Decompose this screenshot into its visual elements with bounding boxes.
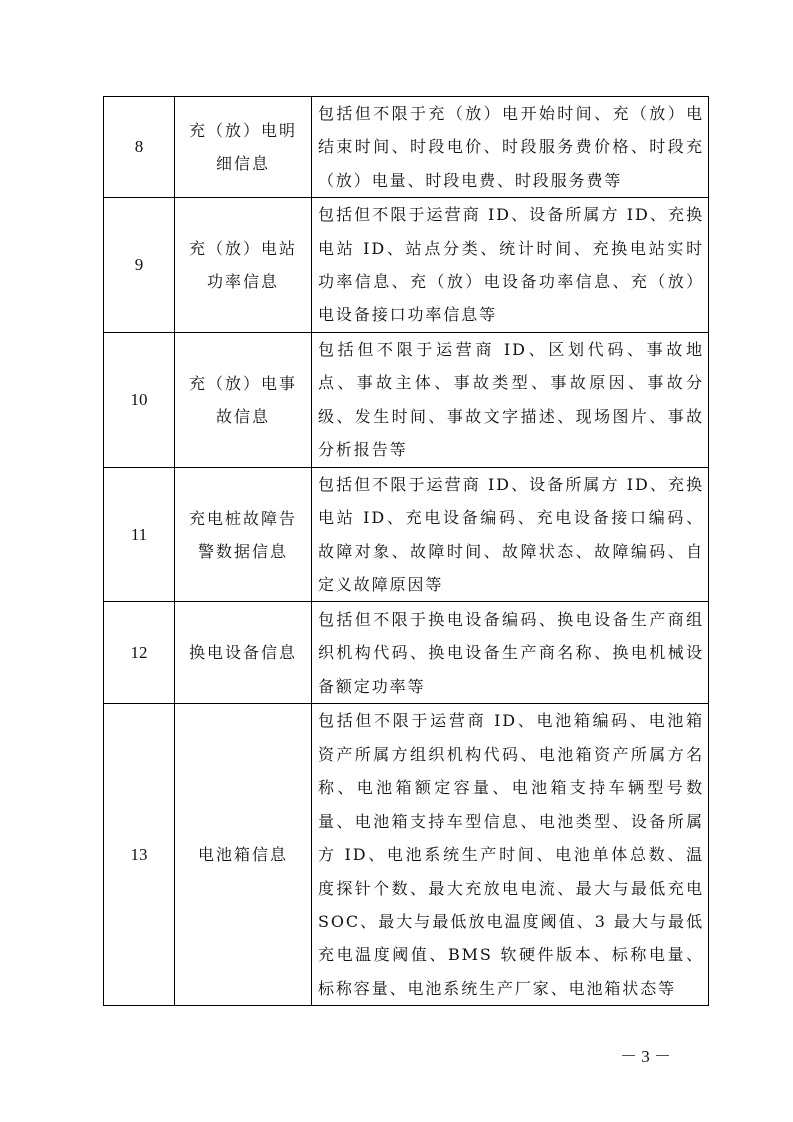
table-row: 9 充（放）电站功率信息 包括但不限于运营商 ID、设备所属方 ID、充换电站 … xyxy=(104,198,709,333)
data-items-table: 8 充（放）电明细信息 包括但不限于充（放）电开始时间、充（放）电结束时间、时段… xyxy=(103,96,709,1006)
page-number: － 3 － xyxy=(620,1042,671,1067)
item-description: 包括但不限于运营商 ID、设备所属方 ID、充换电站 ID、充电设备编码、充电设… xyxy=(312,467,709,602)
row-number: 8 xyxy=(104,97,175,198)
row-number: 10 xyxy=(104,332,175,467)
row-number: 9 xyxy=(104,198,175,333)
item-name: 换电设备信息 xyxy=(175,602,312,704)
table-row: 8 充（放）电明细信息 包括但不限于充（放）电开始时间、充（放）电结束时间、时段… xyxy=(104,97,709,198)
table-row: 12 换电设备信息 包括但不限于换电设备编码、换电设备生产商组织机构代码、换电设… xyxy=(104,602,709,704)
item-name: 充（放）电事故信息 xyxy=(175,332,312,467)
item-name: 电池箱信息 xyxy=(175,704,312,1006)
document-page: 8 充（放）电明细信息 包括但不限于充（放）电开始时间、充（放）电结束时间、时段… xyxy=(0,0,793,1122)
row-number: 11 xyxy=(104,467,175,602)
row-number: 12 xyxy=(104,602,175,704)
item-description: 包括但不限于换电设备编码、换电设备生产商组织机构代码、换电设备生产商名称、换电机… xyxy=(312,602,709,704)
item-name: 充电桩故障告警数据信息 xyxy=(175,467,312,602)
item-name: 充（放）电明细信息 xyxy=(175,97,312,198)
item-description: 包括但不限于运营商 ID、设备所属方 ID、充换电站 ID、站点分类、统计时间、… xyxy=(312,198,709,333)
item-name: 充（放）电站功率信息 xyxy=(175,198,312,333)
item-description: 包括但不限于运营商 ID、区划代码、事故地点、事故主体、事故类型、事故原因、事故… xyxy=(312,332,709,467)
table-row: 13 电池箱信息 包括但不限于运营商 ID、电池箱编码、电池箱资产所属方组织机构… xyxy=(104,704,709,1006)
item-description: 包括但不限于运营商 ID、电池箱编码、电池箱资产所属方组织机构代码、电池箱资产所… xyxy=(312,704,709,1006)
item-description: 包括但不限于充（放）电开始时间、充（放）电结束时间、时段电价、时段服务费价格、时… xyxy=(312,97,709,198)
table-row: 11 充电桩故障告警数据信息 包括但不限于运营商 ID、设备所属方 ID、充换电… xyxy=(104,467,709,602)
table-row: 10 充（放）电事故信息 包括但不限于运营商 ID、区划代码、事故地点、事故主体… xyxy=(104,332,709,467)
row-number: 13 xyxy=(104,704,175,1006)
